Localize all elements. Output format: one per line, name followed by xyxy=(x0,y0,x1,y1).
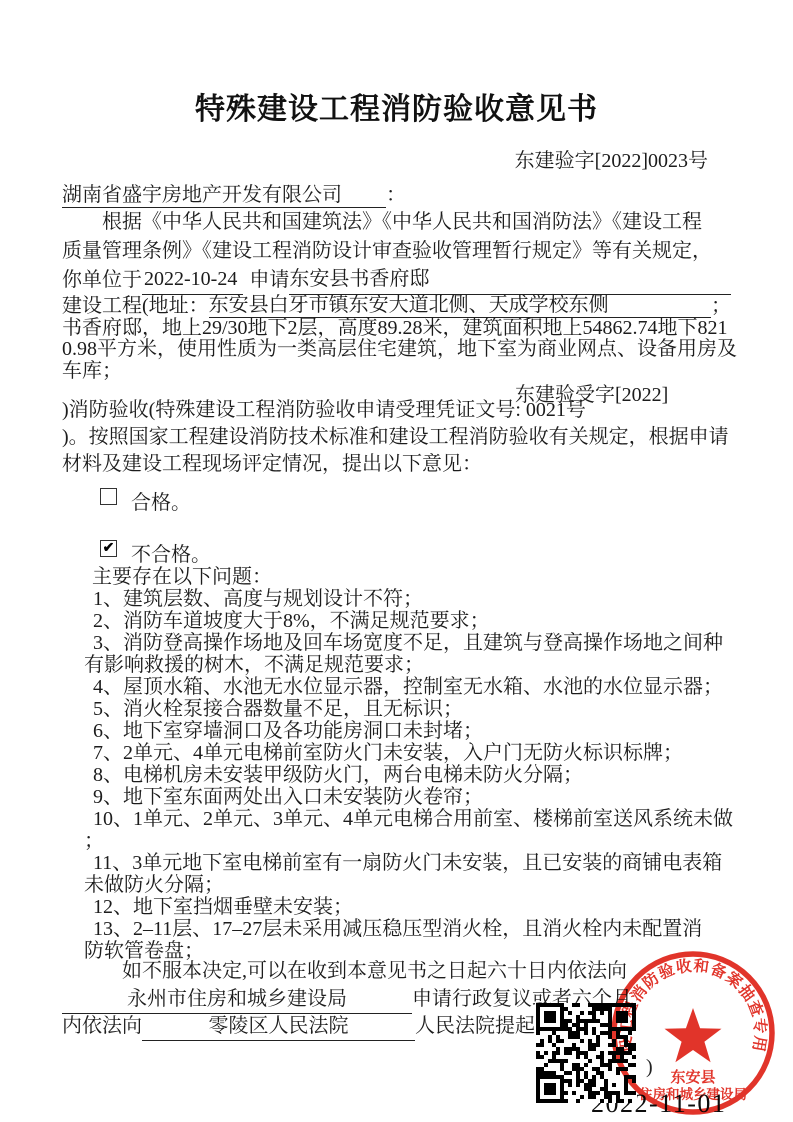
intro-line3-prefix: 你单位于 xyxy=(62,266,142,295)
rule-line-2: 材料及建设工程现场评定情况，提出以下意见： xyxy=(62,451,731,478)
intro-paragraph: 根据《中华人民共和国建筑法》《中华人民共和国消防法》《建设工程 质量管理条例》《… xyxy=(62,208,731,295)
problem-item: 11、3单元地下室电梯前室有一扇防火门未安装，且已安装的商铺电表箱 xyxy=(84,852,731,874)
project-block: 建设工程(地址： 东安县白牙市镇东安大道北侧、天成学校东侧 ； 书香府邸，地上2… xyxy=(62,295,731,382)
verdict-pass-row: 合格。 xyxy=(100,486,191,515)
court-field: 零陵区人民法院 xyxy=(142,1013,415,1041)
address-suffix: ； xyxy=(711,296,731,318)
fail-label: 不合格。 xyxy=(131,538,211,567)
intro-line-3: 你单位于 2022-10-24 申请 东安县书香府邸 xyxy=(62,265,731,295)
seal-org-line2: 住房和城乡建设局 xyxy=(639,1086,747,1102)
document-number: 东建验字[2022]0023号 xyxy=(515,144,708,173)
recipient-name: 湖南省盛宇房地产开发有限公司 xyxy=(62,178,386,208)
review-org-field: 永州市住房和城乡建设局 xyxy=(62,986,412,1014)
problem-item: 4、屋顶水箱、水池无水位显示器，控制室无水箱、水池的水位显示器； xyxy=(84,676,731,698)
pass-checkbox[interactable] xyxy=(100,488,117,505)
problems-heading: 主要存在以下问题： xyxy=(92,566,272,588)
problem-item: 13、2–11层、17–27层未采用减压稳压型消火栓，且消火栓内未配置消 xyxy=(84,918,731,940)
seal-star-icon xyxy=(665,1008,722,1062)
fail-checkbox-checked[interactable]: ✔ xyxy=(100,540,117,557)
problem-item: 6、地下室穿墙洞口及各功能房洞口未封堵； xyxy=(84,720,731,742)
address-line: 建设工程(地址： 东安县白牙市镇东安大道北侧、天成学校东侧 ； xyxy=(62,295,731,318)
seal-org-line1: 东安县 xyxy=(670,1068,715,1086)
acceptance-number-part2: 0021号 xyxy=(526,399,586,421)
intro-line3-mid: 申请 xyxy=(243,266,289,295)
verdict-fail-row: ✔ 不合格。 xyxy=(100,538,211,567)
page-title: 特殊建设工程消防验收意见书 xyxy=(0,84,793,128)
problem-item: 8、电梯机房未安装甲级防火门，两台电梯未防火分隔； xyxy=(84,764,731,786)
apply-date-field: 2022-10-24 xyxy=(142,265,243,295)
fire-acceptance-opinion-document: 特殊建设工程消防验收意见书 东建验字[2022]0023号 湖南省盛宇房地产开发… xyxy=(0,0,793,1122)
problem-item: 2、消防车道坡度大于8%，不满足规范要求； xyxy=(84,610,731,632)
problems-list: 1、建筑层数、高度与规划设计不符； 2、消防车道坡度大于8%，不满足规范要求； … xyxy=(84,588,731,962)
address-prefix: 建设工程(地址： xyxy=(62,296,209,318)
problem-item: 10、1单元、2单元、3单元、4单元电梯合用前室、楼梯前室送风系统未做 xyxy=(84,808,731,830)
project-name-field: 东安县书香府邸 xyxy=(289,265,731,295)
recipient-line: 湖南省盛宇房地产开发有限公司： xyxy=(62,178,731,208)
project-desc-1: 书香府邸，地上29/30地下2层，高度89.28米，建筑面积地上54862.74… xyxy=(62,318,731,340)
problem-item: 3、消防登高操作场地及回车场宽度不足，且建筑与登高操作场地之间种 xyxy=(84,632,731,654)
problem-item: 7、2单元、4单元电梯前室防火门未安装，入户门无防火标识标牌； xyxy=(84,742,731,764)
problem-item: 1、建筑层数、高度与规划设计不符； xyxy=(84,588,731,610)
address-field: 东安县白牙市镇东安大道北侧、天成学校东侧 xyxy=(209,295,711,318)
problem-item-cont: 有影响救援的树木，不满足规范要求； xyxy=(84,654,731,676)
problem-item: 9、地下室东面两处出入口未安装防火卷帘； xyxy=(84,786,731,808)
problem-item-cont: 未做防火分隔； xyxy=(84,874,731,896)
acceptance-line: )消防验收(特殊建设工程消防验收申请受理凭证文号: 0021号 xyxy=(62,400,731,422)
problem-item: 5、消火栓泵接合器数量不足，且无标识； xyxy=(84,698,731,720)
recipient-colon: ： xyxy=(386,184,406,206)
acceptance-line-text: )消防验收(特殊建设工程消防验收申请受理凭证文号: xyxy=(62,399,526,421)
project-desc-2: 0.98平方米，使用性质为一类高层住宅建筑，地下室为商业网点、设备用房及 xyxy=(62,339,731,361)
pass-label: 合格。 xyxy=(131,486,191,515)
intro-line-1: 根据《中华人民共和国建筑法》《中华人民共和国消防法》《建设工程 xyxy=(62,208,731,237)
official-seal: 建设工程消防验收和备案抽查专用章 东安县 住房和城乡建设局 xyxy=(603,943,783,1122)
appeal-line3-prefix: 内依法向 xyxy=(62,1015,142,1037)
intro-line-2: 质量管理条例》《建设工程消防设计审查验收管理暂行规定》等有关规定， xyxy=(62,237,731,266)
rule-line-1: )。按照国家工程建设消防技术标准和建设工程消防验收有关规定，根据申请 xyxy=(62,424,731,451)
problem-item: 12、地下室挡烟垂壁未安装； xyxy=(84,896,731,918)
rule-paragraph: )。按照国家工程建设消防技术标准和建设工程消防验收有关规定，根据申请 材料及建设… xyxy=(62,424,731,478)
problem-item-cont: ； xyxy=(84,830,731,852)
